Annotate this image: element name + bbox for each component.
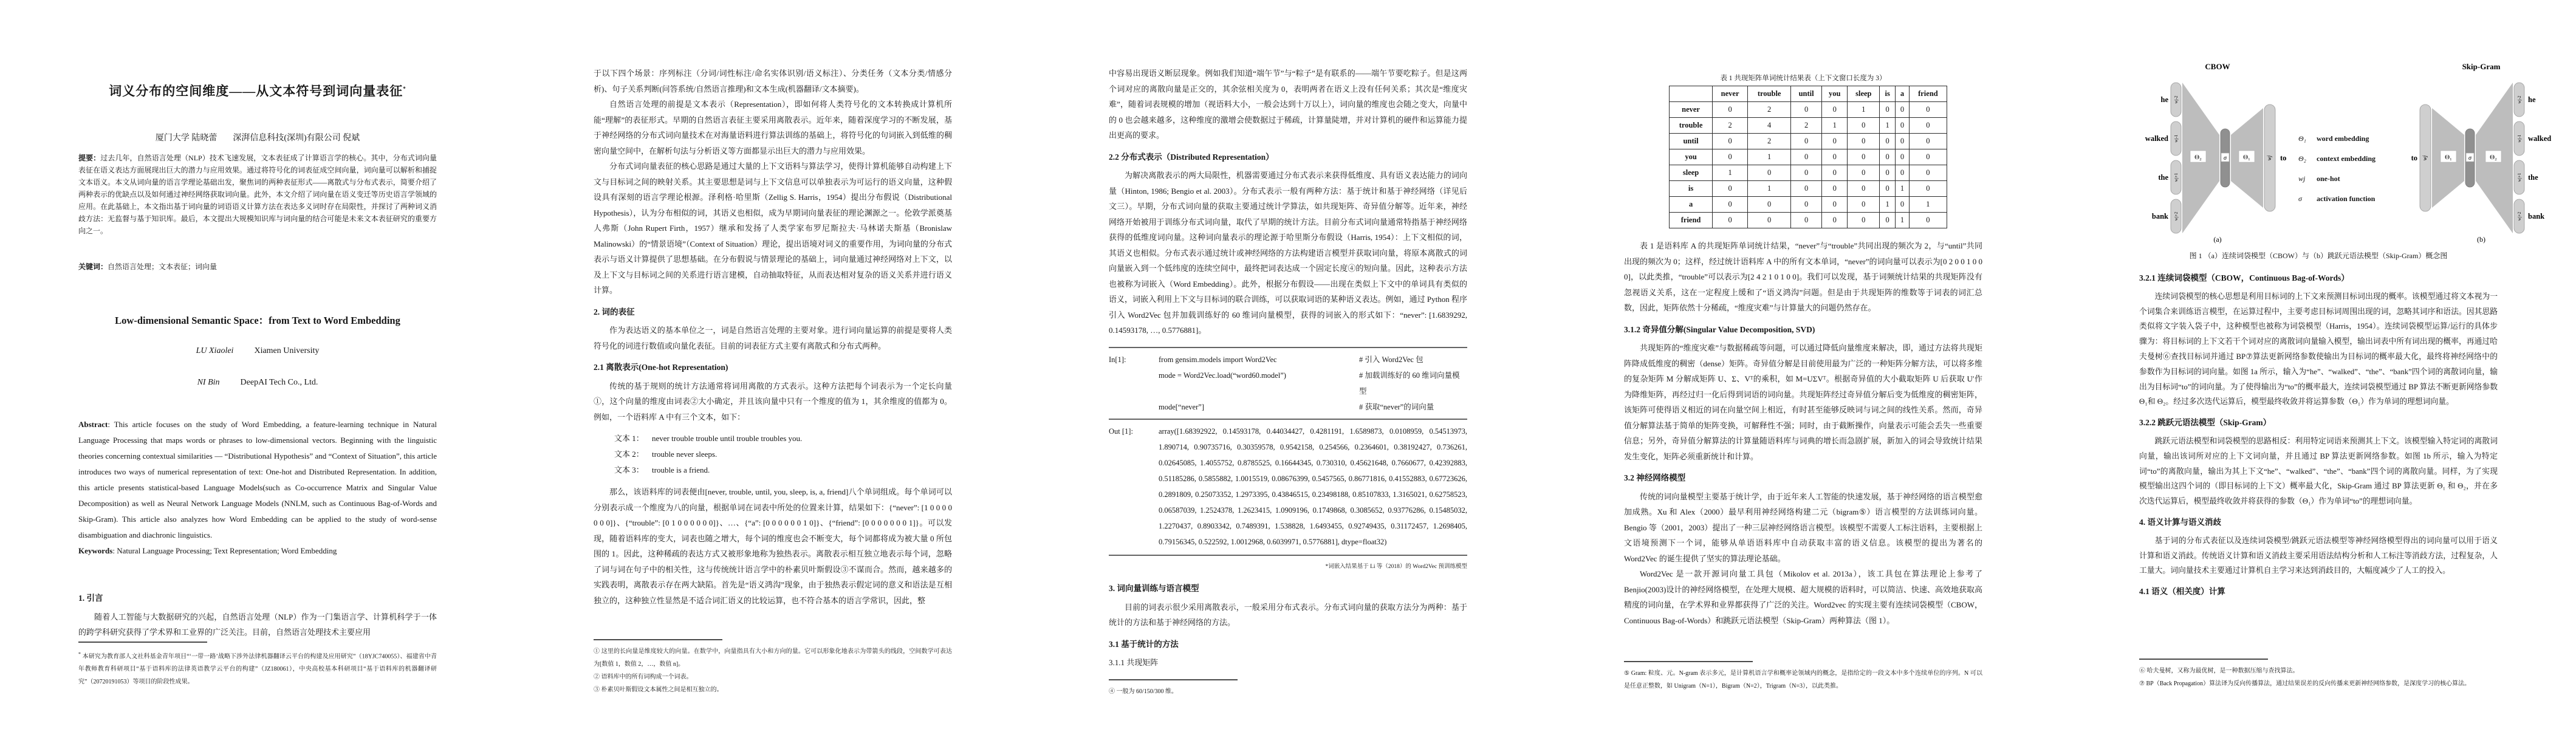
footnotes-page-5: ⑥ 哈夫曼树，又称为最优树，是一种数据压缩与查找算法。 ⑦ BP（Back Pr… [2139, 659, 2498, 690]
code-in-label: In[1]: [1109, 352, 1159, 368]
keywords-en-label: Keywords [78, 546, 112, 555]
table-cell: 2 [1791, 118, 1822, 134]
table-cell: 0 [1713, 134, 1748, 149]
footnote-5: ⑤ Gram: 粒度、元。N-gram 表示多元，是计算机语言学和概率论领域内的… [1624, 667, 1982, 693]
paragraph: 表 1 是语料库 A 的共现矩阵单词统计结果，“never”与“trouble”… [1624, 238, 1982, 316]
keywords-text: 自然语言处理；文本表征；词向量 [108, 262, 217, 271]
table-cell: 2 [1713, 118, 1748, 134]
code-comment: # 引入 Word2Vec 包 [1359, 352, 1467, 368]
footnote-3: ③ 朴素贝叶斯假设文本属性之间是相互独立的。 [594, 683, 952, 696]
code-text: from gensim.models import Word2Vec [1159, 352, 1359, 368]
page-1: 词义分布的空间维度——从文本符号到词向量表征* 厦门大学 陆晓蕾深湃信息科技(深… [0, 0, 515, 729]
subfigure-b-label: (b) [2477, 235, 2485, 244]
section-3-1-heading: 3.1 基于统计的方法 [1109, 637, 1467, 652]
table-row: you01000000 [1670, 149, 1947, 165]
paragraph: 于以下四个场景：序列标注（分词/词性标注/命名实体识别/语义标注）、分类任务（文… [594, 66, 952, 97]
legend-symbol: Θ₁ [2298, 129, 2317, 149]
table-cell: 0 [1880, 102, 1896, 118]
table-cell: 0 [1791, 165, 1822, 181]
table-row-header: friend [1670, 213, 1713, 228]
legend-label: context embedding [2317, 149, 2376, 169]
table-cell: 1 [1880, 197, 1896, 213]
table-row: sleep10000000 [1670, 165, 1947, 181]
table-cell: 0 [1880, 213, 1896, 228]
table-cell: 0 [1713, 213, 1748, 228]
pill-label: wj+2 [2174, 211, 2179, 221]
table-row-header: sleep [1670, 165, 1713, 181]
code-out-label: Out [1]: [1109, 423, 1159, 550]
table-cell: 0 [1791, 213, 1822, 228]
table-cell: 0 [1848, 165, 1880, 181]
table-cell: 0 [1848, 181, 1880, 197]
theta1-label: Θ₁ [2243, 154, 2250, 161]
table-cell: 0 [1909, 134, 1947, 149]
page-3: 中容易出现语义断层现象。例如我们知道“端午节”与“粽子”是有联系的——端午节要吃… [1030, 0, 1546, 729]
wj-label: wj [2266, 155, 2272, 160]
cbow-diagram: CBOW wj-2 wj-1 wj+1 wj+2 he walked the b… [2142, 61, 2293, 244]
skipgram-output-pills [2514, 83, 2524, 233]
footnote-1: ① 这里的长向量是维度较大的向量。在数学中，向量指具有大小和方向的量。它可以形象… [594, 645, 952, 671]
code-input-section: In[1]: from gensim.models import Word2Ve… [1109, 348, 1467, 420]
wj-label: wj [2422, 155, 2428, 160]
table-cell: 0 [1848, 149, 1880, 165]
table-cell: 0 [1821, 102, 1847, 118]
example-row: 文本 2：trouble never sleeps. [614, 447, 952, 462]
page-3-body: 中容易出现语义断层现象。例如我们知道“端午节”与“粽子”是有联系的——端午节要吃… [1109, 66, 1467, 671]
table-cell: 0 [1848, 134, 1880, 149]
code-source-note: *词嵌入结果基于 Li 等（2018）的 Word2Vec 预训练模型 [1109, 560, 1467, 575]
code-text: mode = Word2Vec.load(“word60.model”) [1159, 368, 1359, 399]
abstract-en: Abstract: This article focuses on the st… [78, 417, 437, 559]
paragraph: 跳跃元语法模型和词袋模型的思路相反：利用特定词语来预测其上下文。该模型输入特定词… [2139, 434, 2498, 509]
table-cell: 0 [1909, 102, 1947, 118]
table-header-cell: trouble [1748, 86, 1791, 102]
input-word: the [2158, 173, 2168, 182]
example-3-text: trouble is a friend. [652, 462, 710, 478]
table-row-header: you [1670, 149, 1713, 165]
legend-symbol: wj [2298, 169, 2317, 189]
table-header-cell: friend [1909, 86, 1947, 102]
table-header-cell: until [1791, 86, 1822, 102]
section-3-1-1-heading: 3.1.1 共现矩阵 [1109, 655, 1467, 671]
authors-line: 厦门大学 陆晓蕾深湃信息科技(深圳)有限公司 倪斌 [78, 131, 437, 143]
example-1-text: never trouble trouble until trouble trou… [652, 431, 802, 447]
footnotes-page-3: ④ 一般为 60/150/300 维。 [1109, 679, 1467, 698]
table-cell: 0 [1896, 118, 1910, 134]
paragraph: 分布式词向量表征的核心思路是通过大量的上下文语料与算法学习，使得计算机能够自动构… [594, 159, 952, 298]
table-row-header: never [1670, 102, 1713, 118]
input-word: bank [2152, 212, 2168, 221]
footnote-7: ⑦ BP（Back Propagation）算法译为反向传播算法，通过结果误差的… [2139, 677, 2498, 690]
legend-label: one-hot [2317, 169, 2340, 189]
code-block: In[1]: from gensim.models import Word2Ve… [1109, 347, 1467, 556]
page-2-body: 于以下四个场景：序列标注（分词/词性标注/命名实体识别/语义标注）、分类任务（文… [594, 66, 952, 608]
table-header-cell [1670, 86, 1713, 102]
abstract-en-label: Abstract [78, 420, 108, 429]
pill-label: wj-2 [2174, 95, 2179, 103]
page-4: 表 1 共现矩阵单词统计结果表（上下文窗口长度为 3） nevertrouble… [1546, 0, 2061, 729]
table-cell: 0 [1848, 118, 1880, 134]
section-2-1-heading: 2.1 离散表示(One-hot Representation) [594, 360, 952, 375]
legend-row: Θ₂context embedding [2298, 149, 2402, 169]
table-cell: 0 [1791, 181, 1822, 197]
table-cell: 0 [1748, 197, 1791, 213]
section-1-heading: 1. 引言 [78, 590, 437, 606]
table-cell: 0 [1791, 197, 1822, 213]
paper-title-text: 词义分布的空间维度——从文本符号到词向量表征 [109, 84, 403, 98]
pill-label: wj-2 [2517, 95, 2522, 103]
title-footnote-marker: * [403, 86, 406, 92]
table-cell: 0 [1909, 118, 1947, 134]
skipgram-title: Skip-Gram [2462, 62, 2501, 71]
pill-label: wj-1 [2174, 134, 2179, 142]
paragraph: 那么，该语料库的词表便由[never, trouble, until, you,… [594, 484, 952, 608]
paragraph: 自然语言处理的前提是文本表示（Representation），即如何将人类符号化… [594, 97, 952, 159]
code-output-section: Out [1]: array([1.68392922, 0.14593178, … [1109, 420, 1467, 555]
table-cell: 1 [1748, 149, 1791, 165]
input-word: he [2161, 95, 2169, 104]
code-output-text: array([1.68392922, 0.14593178, 0.4403442… [1159, 423, 1467, 550]
legend-row: σactivation function [2298, 189, 2402, 209]
table-cell: 0 [1896, 134, 1910, 149]
section-4-1-heading: 4.1 语义（相关度）计算 [2139, 584, 2498, 600]
section-2-heading: 2. 词的表征 [594, 304, 952, 320]
table-cell: 0 [1896, 149, 1910, 165]
output-word: walked [2528, 134, 2551, 143]
table-cell: 0 [1791, 134, 1822, 149]
table-cell: 0 [1821, 134, 1847, 149]
table-cell: 0 [1821, 181, 1847, 197]
section-3-2-2-heading: 3.2.2 跳跃元语法模型（Skip-Gram） [2139, 416, 2498, 431]
abstract-cn: 提要：过去几年，自然语言处理（NLP）技术飞速发展，文本表征成了计算语言学的核心… [78, 152, 437, 237]
code-comment: # 加载训练好的 60 维词向量模型 [1359, 368, 1467, 399]
footnote-rule [1624, 661, 1753, 662]
page-4-body: 表 1 是语料库 A 的共现矩阵单词统计结果，“never”与“trouble”… [1624, 238, 1982, 628]
table-cell: 0 [1821, 149, 1847, 165]
abstract-label: 提要： [78, 154, 100, 162]
code-text: mode[“never”] [1159, 399, 1359, 415]
author-1-en-name: LU Xiaolei [196, 346, 234, 355]
input-word: walked [2145, 134, 2168, 143]
pill-label: wj+1 [2517, 173, 2522, 182]
table-cell: 1 [1821, 118, 1847, 134]
table-cell: 2 [1748, 102, 1791, 118]
paper-title: 词义分布的空间维度——从文本符号到词向量表征* [78, 81, 437, 100]
corpus-examples: 文本 1：never trouble trouble until trouble… [614, 431, 952, 478]
target-word: to [2280, 154, 2286, 162]
table-cell: 0 [1848, 213, 1880, 228]
example-row: 文本 1：never trouble trouble until trouble… [614, 431, 952, 447]
legend-row: wjone-hot [2298, 169, 2402, 189]
table-cell: 0 [1821, 213, 1847, 228]
target-word: to [2411, 154, 2417, 162]
skipgram-diagram: Skip-Gram to wj Θ₁ σ Θ₂ wj- [2405, 61, 2557, 244]
section-2-2-heading: 2.2 分布式表示（Distributed Representation） [1109, 149, 1467, 165]
footnote-rule [78, 642, 207, 643]
legend-label: word embedding [2317, 129, 2369, 149]
table-cell: 0 [1909, 181, 1947, 197]
table-cell: 1 [1896, 213, 1910, 228]
page-2: 于以下四个场景：序列标注（分词/词性标注/命名实体识别/语义标注）、分类任务（文… [515, 0, 1030, 729]
author-2-en-affiliation: DeepAI Tech Co., Ltd. [241, 378, 318, 387]
legend-row: Θ₁word embedding [2298, 129, 2402, 149]
table-header-cell: sleep [1848, 86, 1880, 102]
section-3-2-1-heading: 3.2.1 连续词袋模型（CBOW，Continuous Bag-of-Word… [2139, 271, 2498, 286]
author-2-en-name: NI Bin [197, 378, 220, 387]
table-row-header: a [1670, 197, 1713, 213]
keywords-cn: 关键词：自然语言处理；文本表征；词向量 [78, 261, 437, 272]
example-2-label: 文本 2： [614, 447, 652, 462]
pill-label: wj+2 [2517, 211, 2522, 221]
table-cell: 2 [1748, 134, 1791, 149]
table-cell: 0 [1896, 165, 1910, 181]
paragraph: 作为表达语义的基本单位之一，词是自然语言处理的主要对象。进行词向量运算的前提是要… [594, 323, 952, 354]
section-3-2-heading: 3.2 神经网络模型 [1624, 470, 1982, 486]
theta2-label: Θ₂ [2194, 154, 2202, 161]
section-3-heading: 3. 词向量训练与语言模型 [1109, 581, 1467, 597]
code-line: mode[“never”] # 获取“never”的词向量 [1109, 399, 1467, 415]
table-cell: 0 [1880, 181, 1896, 197]
footnote-text: 本研究为教育部人文社科基金青年项目“‘一带一路’战略下涉外法律机器翻译云平台的构… [78, 653, 437, 685]
example-3-label: 文本 3： [614, 462, 652, 478]
table-row: trouble24210100 [1670, 118, 1947, 134]
paragraph: Word2Vec 是一款开源词向量工具包（Mikolov et al. 2013… [1624, 566, 1982, 628]
section-1-paragraph: 随着人工智能与大数据研究的兴起，自然语言处理（NLP）作为一门集语言学、计算机科… [78, 609, 437, 640]
table-header-cell: a [1896, 86, 1910, 102]
page-5: CBOW wj-2 wj-1 wj+1 wj+2 he walked the b… [2061, 0, 2576, 729]
table-cell: 0 [1909, 213, 1947, 228]
table-cell: 0 [1713, 102, 1748, 118]
paragraph: 目前的词表示很少采用离散表示，一般采用分布式表示。分布式词向量的获取方法分为两种… [1109, 600, 1467, 631]
footnotes-page-1: * 本研究为教育部人文社科基金青年项目“‘一带一路’战略下涉外法律机器翻译云平台… [78, 642, 437, 688]
table-row: until02000000 [1670, 134, 1947, 149]
table-row: a00000101 [1670, 197, 1947, 213]
table-row-header: trouble [1670, 118, 1713, 134]
table-row: is01000010 [1670, 181, 1947, 197]
legend-symbol: σ [2298, 189, 2317, 209]
table-cell: 0 [1896, 197, 1910, 213]
table-cell: 1 [1909, 197, 1947, 213]
paper-title-en: Low-dimensional Semantic Space：from Text… [78, 312, 437, 327]
table-cell: 0 [1909, 165, 1947, 181]
section-4-heading: 4. 语义计算与语义消歧 [2139, 515, 2498, 530]
table-cell: 0 [1821, 165, 1847, 181]
table-cell: 0 [1848, 197, 1880, 213]
table-cell: 1 [1748, 181, 1791, 197]
example-2-text: trouble never sleeps. [652, 447, 717, 462]
section-1: 1. 引言 随着人工智能与大数据研究的兴起，自然语言处理（NLP）作为一门集语言… [78, 590, 437, 640]
paragraph: 传统的基于规则的统计方法通常将词用离散的方式表示。这种方法把每个词表示为一个定长… [594, 378, 952, 425]
subfigure-a-label: (a) [2213, 235, 2221, 244]
footnote-2: ② 语料库中的所有词构成一个词表。 [594, 671, 952, 683]
table-cell: 1 [1848, 102, 1880, 118]
table-header-cell: is [1880, 86, 1896, 102]
footnote-rule [1109, 679, 1238, 680]
table-cell: 0 [1791, 102, 1822, 118]
abstract-en-text: : This article focuses on the study of W… [78, 420, 437, 539]
author-1: 厦门大学 陆晓蕾 [156, 134, 218, 143]
table-cell: 0 [1748, 165, 1791, 181]
figure-1: CBOW wj-2 wj-1 wj+1 wj+2 he walked the b… [2142, 61, 2557, 244]
paragraph: 中容易出现语义断层现象。例如我们知道“端午节”与“粽子”是有联系的——端午节要吃… [1109, 66, 1467, 143]
table-cell: 1 [1880, 118, 1896, 134]
table-cell: 4 [1748, 118, 1791, 134]
footnotes-page-4: ⑤ Gram: 粒度、元。N-gram 表示多元，是计算机语言学和概率论领域内的… [1624, 661, 1982, 693]
table-row: never02001000 [1670, 102, 1947, 118]
author-1-en: LU XiaoleiXiamen University [78, 346, 437, 356]
table-cell: 0 [1791, 149, 1822, 165]
table-row-header: is [1670, 181, 1713, 197]
table-row-header: until [1670, 134, 1713, 149]
table-cell: 0 [1880, 149, 1896, 165]
pill-label: wj+1 [2174, 173, 2179, 182]
section-3-1-2-heading: 3.1.2 奇异值分解(Singular Value Decomposition… [1624, 322, 1982, 338]
table-cell: 0 [1909, 149, 1947, 165]
paragraph: 传统的词向量模型主要基于统计学，由于近年来人工智能的快速发展，基于神经网络的语言… [1624, 489, 1982, 567]
figure-1-caption: 图 1 （a）连续词袋模型（CBOW）与（b）跳跃元语法模型（Skip-Gram… [2139, 250, 2498, 261]
legend-label: activation function [2317, 189, 2375, 209]
cbow-title: CBOW [2205, 62, 2230, 71]
document-canvas: 词义分布的空间维度——从文本符号到词向量表征* 厦门大学 陆晓蕾深湃信息科技(深… [0, 0, 2576, 729]
example-row: 文本 3：trouble is a friend. [614, 462, 952, 478]
output-word: the [2528, 173, 2538, 182]
table-cell: 1 [1713, 165, 1748, 181]
cbow-input-pills [2171, 83, 2181, 233]
paragraph: 基于词的分布式表征以及连续词袋模型/跳跃元语法模型等神经网络模型得出的词向量可以… [2139, 533, 2498, 578]
table-cell: 0 [1896, 102, 1910, 118]
legend-symbol: Θ₂ [2298, 149, 2317, 169]
footnote-6: ⑥ 哈夫曼树，又称为最优树，是一种数据压缩与查找算法。 [2139, 665, 2498, 677]
table-cell: 0 [1713, 149, 1748, 165]
paragraph: 共现矩阵的“维度灾难”与数据稀疏等问题，可以通过降低向量维度来解决，即，通过方法… [1624, 340, 1982, 464]
output-word: bank [2528, 212, 2544, 221]
table-cell: 1 [1896, 181, 1910, 197]
output-word: he [2528, 95, 2536, 104]
keywords-en-text: : Natural Language Processing; Text Repr… [112, 546, 337, 555]
footnote-marker: * [78, 651, 81, 657]
table-cell: 0 [1713, 197, 1748, 213]
footnote-rule [2139, 659, 2268, 660]
table-1-caption: 表 1 共现矩阵单词统计结果表（上下文窗口长度为 3） [1624, 73, 1982, 83]
code-comment: # 获取“never”的词向量 [1359, 399, 1467, 415]
author-2: 深湃信息科技(深圳)有限公司 倪斌 [233, 134, 360, 143]
table-cell: 0 [1880, 134, 1896, 149]
author-2-en: NI BinDeepAI Tech Co., Ltd. [78, 378, 437, 388]
figure-legend: Θ₁word embedding Θ₂context embedding wjo… [2298, 129, 2402, 209]
pill-label: wj-1 [2517, 134, 2522, 142]
keywords-label: 关键词： [78, 262, 108, 271]
table-cell: 0 [1821, 197, 1847, 213]
page-5-body: 3.2.1 连续词袋模型（CBOW，Continuous Bag-of-Word… [2139, 271, 2498, 603]
author-1-en-affiliation: Xiamen University [254, 346, 319, 355]
cooccurrence-table: nevertroubleuntilyousleepisafriendnever0… [1669, 86, 1947, 228]
table-header-cell: never [1713, 86, 1748, 102]
footnote-rule [594, 639, 722, 640]
code-line: In[1]: from gensim.models import Word2Ve… [1109, 352, 1467, 368]
table-cell: 0 [1748, 213, 1791, 228]
footnote-4: ④ 一般为 60/150/300 维。 [1109, 685, 1467, 698]
table-cell: 0 [1713, 181, 1748, 197]
paragraph: 连续词袋模型的核心思想是利用目标词的上下文来预测目标词出现的概率。该模型通过将文… [2139, 289, 2498, 409]
theta1-label: Θ₁ [2445, 154, 2452, 161]
table-row: friend00000010 [1670, 213, 1947, 228]
theta2-label: Θ₂ [2490, 154, 2497, 161]
table-cell: 0 [1880, 165, 1896, 181]
example-1-label: 文本 1： [614, 431, 652, 447]
footnotes-page-2: ① 这里的长向量是维度较大的向量。在数学中，向量指具有大小和方向的量。它可以形象… [594, 639, 952, 696]
table-header-cell: you [1821, 86, 1847, 102]
abstract-text: 过去几年，自然语言处理（NLP）技术飞速发展，文本表征成了计算语言学的核心。其中… [78, 154, 437, 235]
paragraph: 为解决离散表示的两大局限性，机器需要通过分布式表示来获得低维度、具有语义表达能力… [1109, 168, 1467, 338]
code-line: mode = Word2Vec.load(“word60.model”) # 加… [1109, 368, 1467, 399]
